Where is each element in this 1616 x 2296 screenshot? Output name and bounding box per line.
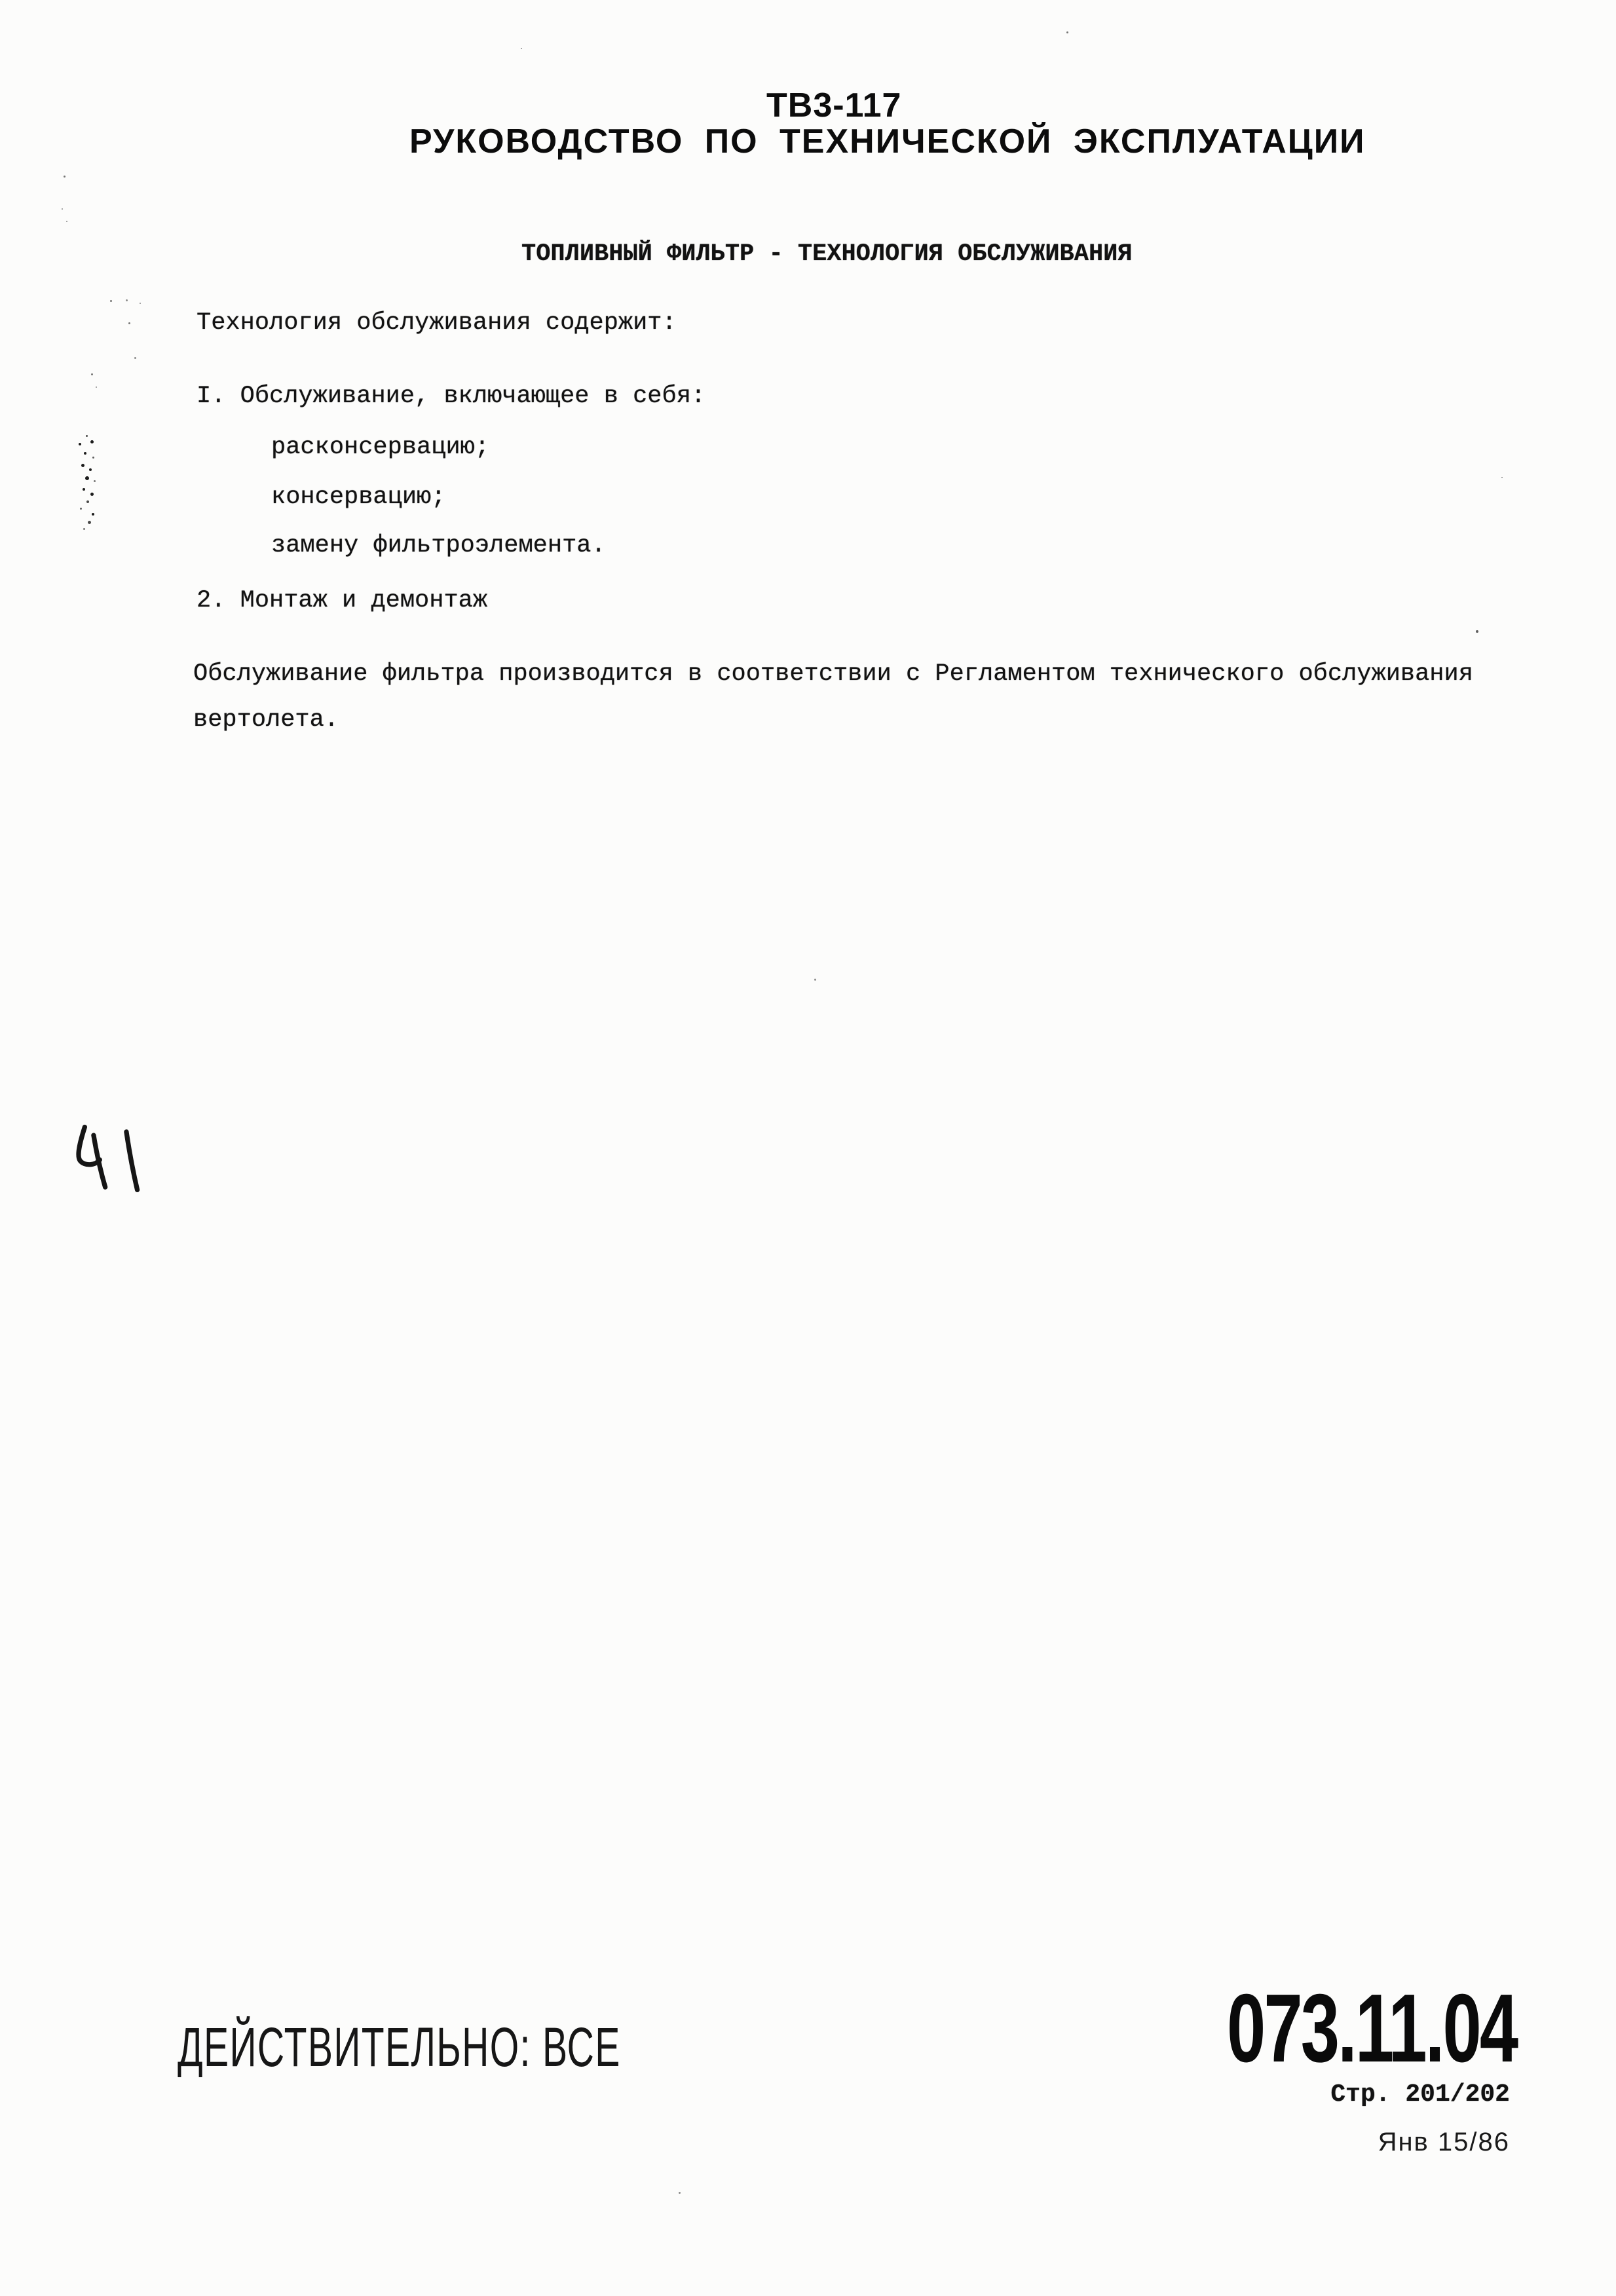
ata-section-number: 073.11.04 bbox=[1227, 1973, 1516, 2084]
intro-line: Технология обслуживания содержит: bbox=[197, 309, 677, 337]
section-title: ТОПЛИВНЫЙ ФИЛЬТР - ТЕХНОЛОГИЯ ОБСЛУЖИВАН… bbox=[521, 240, 1133, 268]
list-item-2: 2. Монтаж и демонтаж bbox=[197, 587, 487, 614]
engine-model-heading: ТВ3-117 bbox=[766, 86, 901, 125]
validity-statement: ДЕЙСТВИТЕЛЬНО: ВСЕ bbox=[178, 2016, 621, 2079]
manual-title-heading: РУКОВОДСТВО ПО ТЕХНИЧЕСКОЙ ЭКСПЛУАТАЦИИ bbox=[409, 122, 1366, 161]
paragraph-line-1: Обслуживание фильтра производится в соот… bbox=[193, 660, 1473, 688]
paragraph-line-2: вертолета. bbox=[193, 706, 339, 734]
page-reference: Стр. 201/202 bbox=[1330, 2080, 1510, 2109]
revision-date: Янв 15/86 bbox=[1378, 2128, 1510, 2157]
sub-list-item: замену фильтроэлемента. bbox=[271, 532, 606, 559]
sub-list-item: консервацию; bbox=[271, 483, 445, 511]
sub-list-item: расконсервацию; bbox=[271, 434, 489, 461]
list-item-1: I. Обслуживание, включающее в себя: bbox=[197, 383, 705, 410]
document-page: ТВ3-117 РУКОВОДСТВО ПО ТЕХНИЧЕСКОЙ ЭКСПЛ… bbox=[0, 0, 1616, 2296]
handwritten-margin-note-41 bbox=[62, 1121, 144, 1197]
